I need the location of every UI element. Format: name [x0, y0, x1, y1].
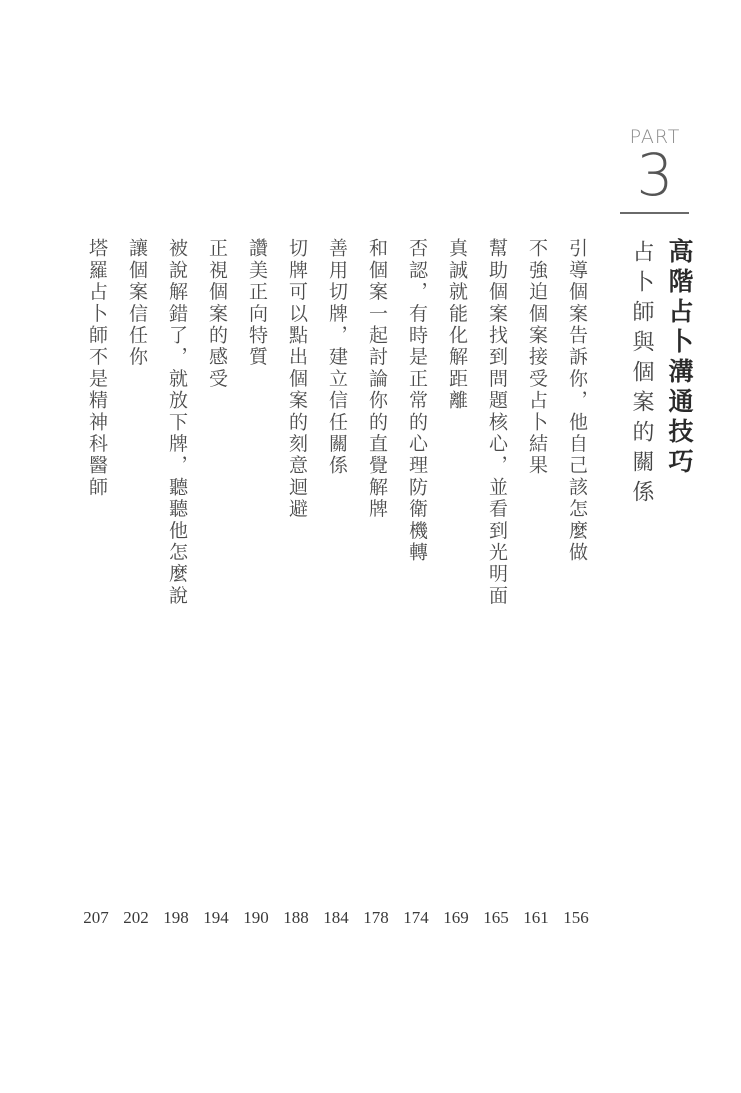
toc-entry-4[interactable]: 真誠就能化解距離	[445, 238, 469, 412]
page-number-4: 169	[436, 908, 476, 928]
toc-entry-9[interactable]: 讚美正向特質	[245, 238, 269, 368]
page-number-5: 174	[396, 908, 436, 928]
toc-entry-2[interactable]: 不強迫個案接受占卜結果	[525, 238, 549, 477]
toc-entry-10[interactable]: 正視個案的感受	[205, 238, 229, 390]
page-number-1: 156	[556, 908, 596, 928]
part-divider	[620, 212, 689, 214]
page-number-2: 161	[516, 908, 556, 928]
page-number-3: 165	[476, 908, 516, 928]
page-number-9: 190	[236, 908, 276, 928]
toc-entry-6[interactable]: 和個案一起討論你的直覺解牌	[365, 238, 389, 520]
toc-entry-1[interactable]: 引導個案告訴你，他自己該怎麼做	[565, 238, 589, 564]
page-number-11: 198	[156, 908, 196, 928]
toc-entry-5[interactable]: 否認，有時是正常的心理防衛機轉	[405, 238, 429, 564]
toc-entry-8[interactable]: 切牌可以點出個案的刻意迴避	[285, 238, 309, 520]
toc-entry-7[interactable]: 善用切牌，建立信任關係	[325, 238, 349, 477]
page-number-7: 184	[316, 908, 356, 928]
toc-entry-13[interactable]: 塔羅占卜師不是精神科醫師	[85, 238, 109, 498]
chapter-subtitle: 占卜師與個案的關係	[626, 240, 656, 510]
toc-entry-11[interactable]: 被說解錯了，就放下牌，聽聽他怎麼說	[165, 238, 189, 607]
part-number: 3	[620, 140, 690, 210]
toc-entry-3[interactable]: 幫助個案找到問題核心，並看到光明面	[485, 238, 509, 607]
page-number-12: 202	[116, 908, 156, 928]
page-number-8: 188	[276, 908, 316, 928]
page-number-10: 194	[196, 908, 236, 928]
page-number-6: 178	[356, 908, 396, 928]
chapter-title: 高階占卜溝通技巧	[664, 238, 694, 478]
toc-entry-12[interactable]: 讓個案信任你	[125, 238, 149, 368]
page-number-13: 207	[76, 908, 116, 928]
